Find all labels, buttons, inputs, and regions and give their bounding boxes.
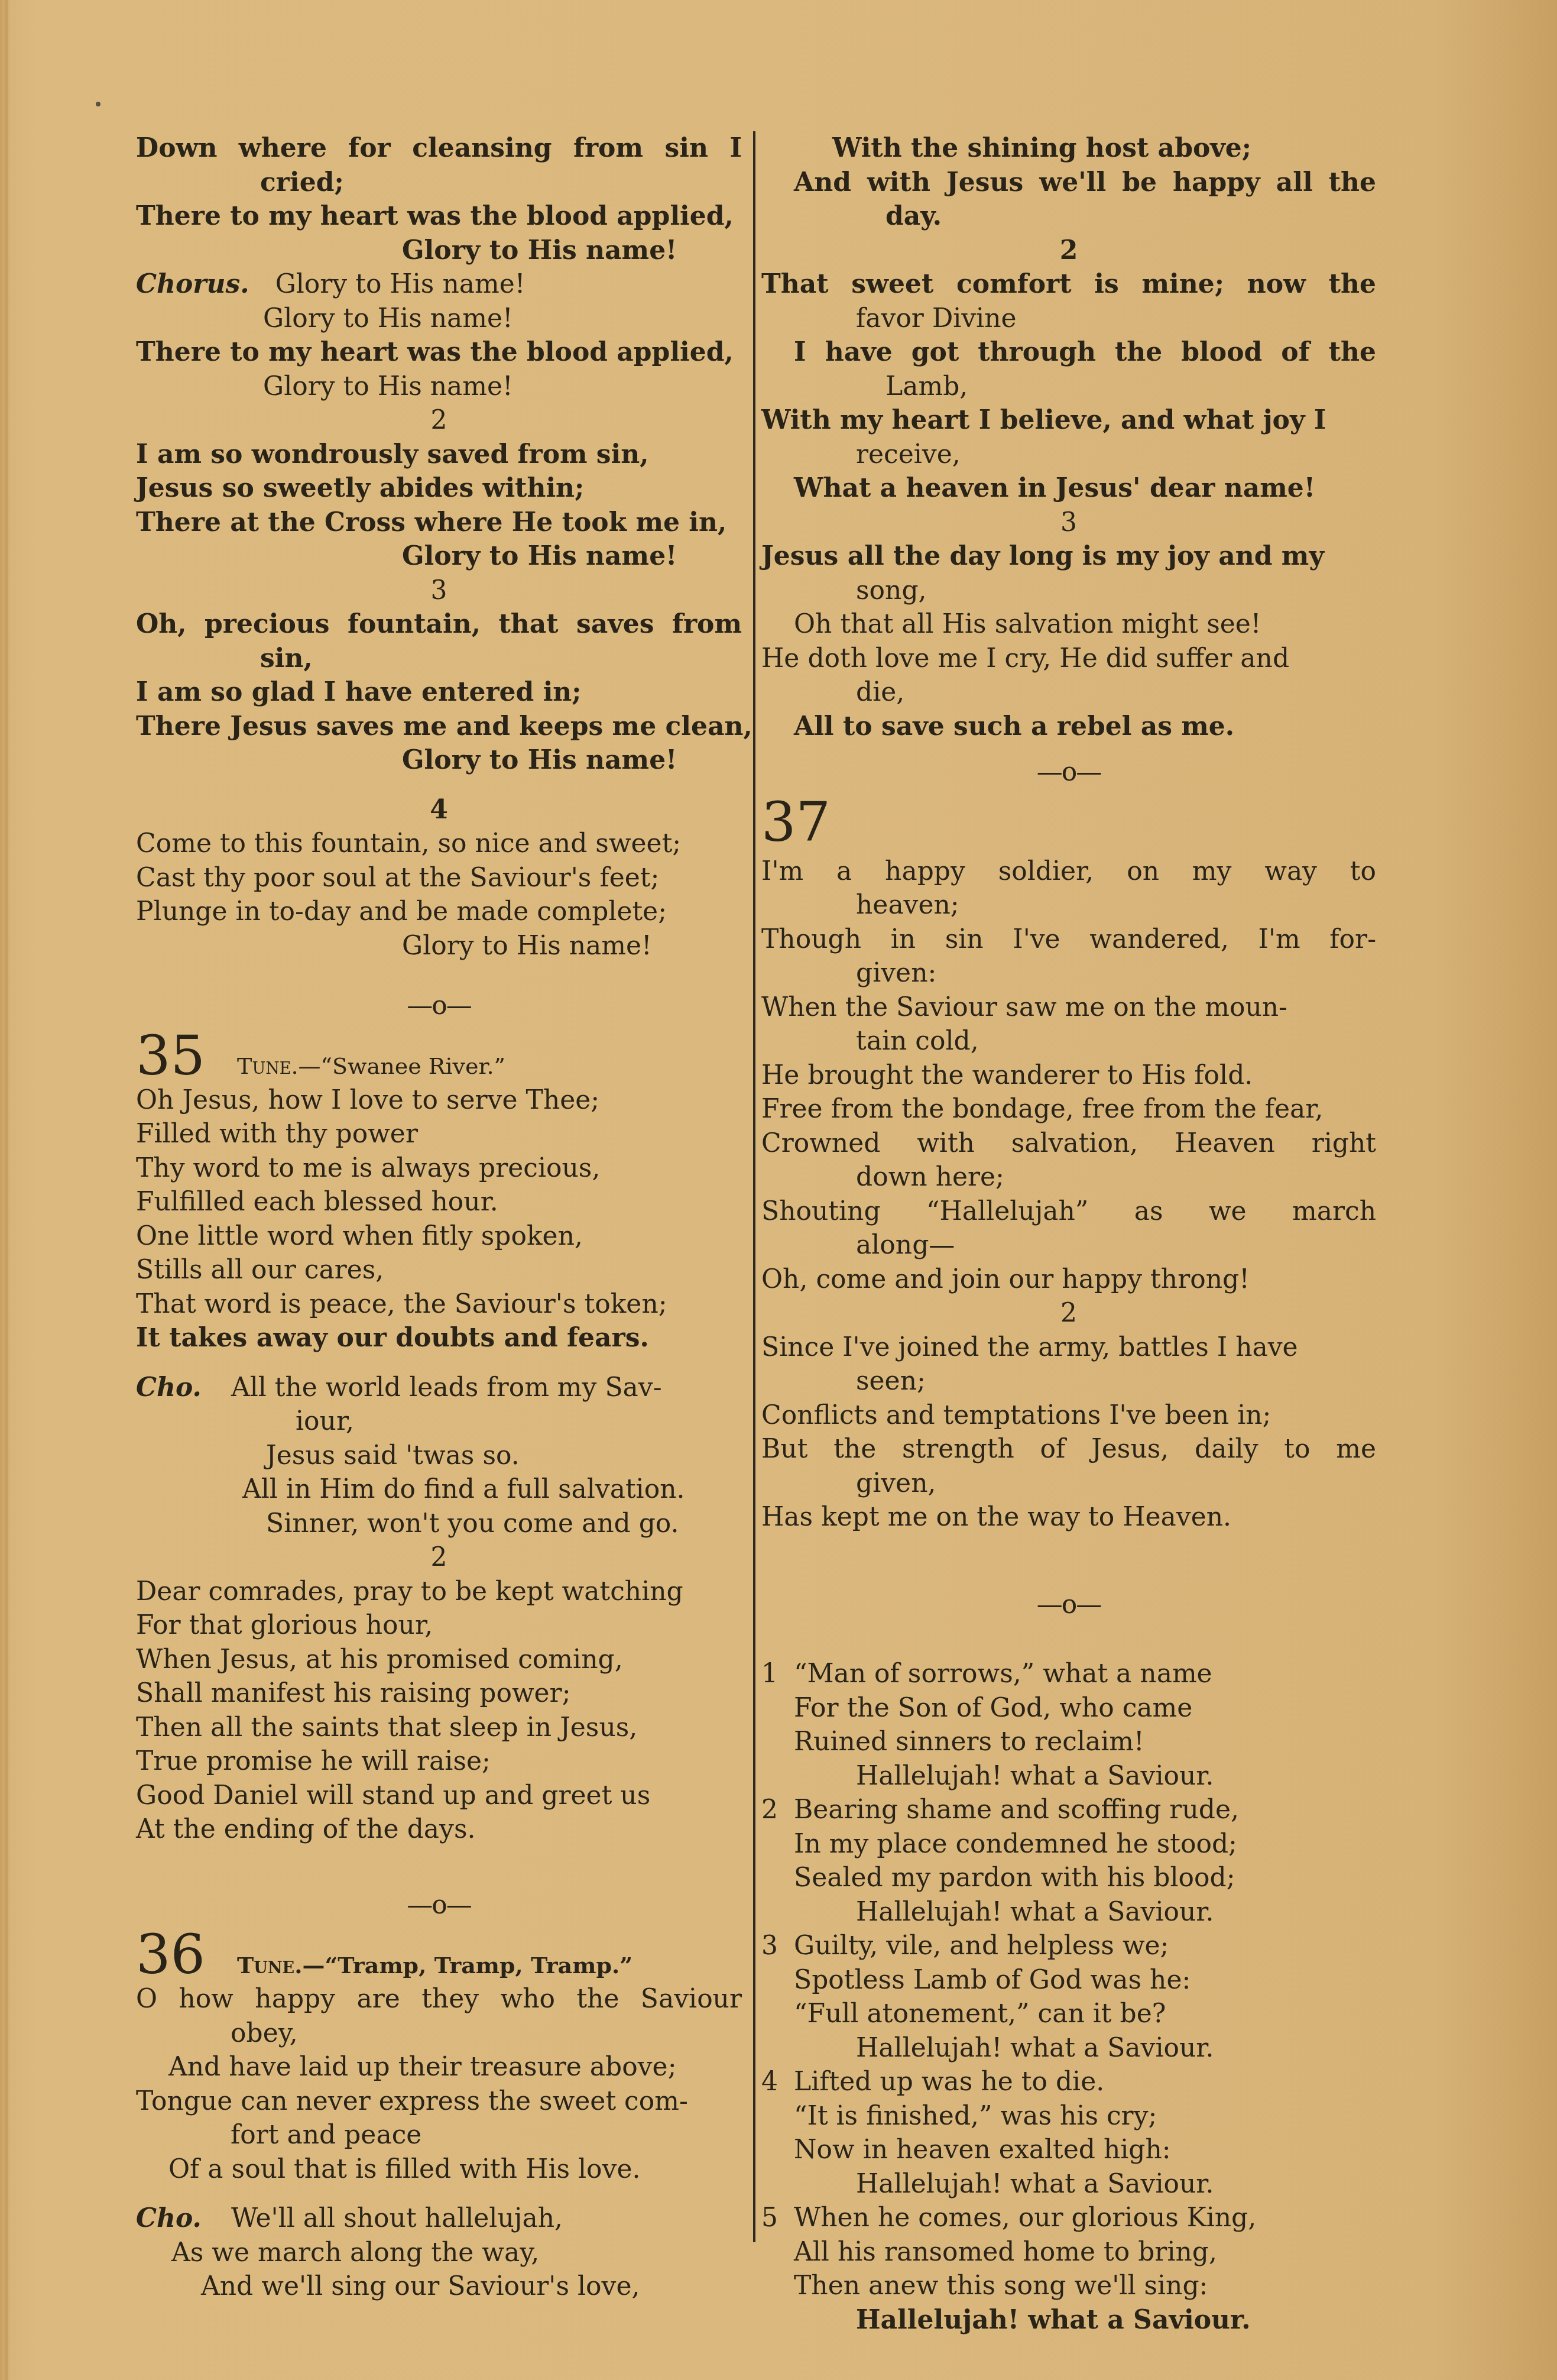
- verse-number: 2: [761, 1793, 794, 1827]
- lyric-line: Spotless Lamb of God was he:: [761, 1963, 1323, 1997]
- lyric-line: We'll all shout hallelujah,: [210, 2203, 563, 2233]
- hymn-man-of-sorrows: 1“Man of sorrows,” what a name For the S…: [761, 1657, 1323, 2337]
- column-divider-top: [753, 131, 755, 995]
- verse-number: 2: [761, 234, 1376, 268]
- hymn-35: 35 Tune.—“Swanee River.” Oh Jesus, how I…: [136, 1029, 742, 1847]
- refrain-line: Hallelujah! what a Saviour.: [761, 2031, 1323, 2065]
- lyric-line: “Full atonement,” can it be?: [761, 1997, 1323, 2031]
- lyric-line: As we march along the way,: [136, 2236, 742, 2270]
- lyric-line: down here;: [761, 1160, 1376, 1194]
- lyric-line: Glory to His name!: [136, 370, 742, 404]
- lyric-line: Glory to His name!: [136, 234, 742, 268]
- lyric-line: Dear comrades, pray to be kept watching: [136, 1575, 742, 1609]
- lyric-line: seen;: [761, 1364, 1376, 1398]
- lyric-line: Glory to His name!: [136, 743, 742, 778]
- lyric-line: “Man of sorrows,” what a name: [794, 1659, 1212, 1689]
- lyric-line: I am so glad I have entered in;: [136, 675, 742, 710]
- lyric-line: song,: [761, 574, 1376, 608]
- lyric-line: Plunge in to-day and be made complete;: [136, 895, 742, 929]
- lyric-line: obey,: [136, 2016, 742, 2051]
- verse-3: 3Guilty, vile, and helpless we; Spotless…: [761, 1929, 1323, 2065]
- lyric-line: Oh, precious fountain, that saves from: [136, 607, 742, 642]
- lyric-line: Cast thy poor soul at the Saviour's feet…: [136, 861, 742, 895]
- lyric-line: For the Son of God, who came: [761, 1691, 1323, 1725]
- lyric-line: sin,: [136, 642, 742, 676]
- lyric-line: All the world leads from my Sav-: [210, 1372, 662, 1403]
- verse-number: 5: [761, 2201, 794, 2235]
- lyric-line: I have got through the blood of the: [761, 335, 1376, 370]
- verse-number: 2: [761, 1296, 1376, 1330]
- lyric-line: Oh that all His salvation might see!: [761, 607, 1376, 642]
- section-separator: —o—: [761, 1588, 1376, 1622]
- ink-speck: [96, 102, 100, 106]
- lyric-line: Though in sin I've wandered, I'm for-: [761, 922, 1376, 957]
- lyric-line: Of a soul that is filled with His love.: [136, 2152, 742, 2187]
- lyric-line: Come to this fountain, so nice and sweet…: [136, 827, 742, 861]
- lyric-line: Has kept me on the way to Heaven.: [761, 1500, 1376, 1534]
- lyric-line: One little word when fitly spoken,: [136, 1219, 742, 1254]
- tune-heading: Tune.—“Tramp, Tramp, Tramp.”: [237, 1952, 632, 1979]
- lyric-line: When he comes, our glorious King,: [794, 2203, 1256, 2233]
- lyric-line: Then all the saints that sleep in Jesus,: [136, 1711, 742, 1745]
- verse-5: 5When he comes, our glorious King, All h…: [761, 2201, 1323, 2337]
- lyric-line: There to my heart was the blood applied,: [136, 335, 742, 370]
- lyric-line: Good Daniel will stand up and greet us: [136, 1779, 742, 1813]
- lyric-line: I'm a happy soldier, on my way to: [761, 854, 1376, 889]
- hymn-number: 35: [136, 1029, 205, 1083]
- section-separator: —o—: [136, 1888, 742, 1922]
- lyric-line: In my place condemned he stood;: [761, 1827, 1323, 1861]
- lyric-line: O how happy are they who the Saviour: [136, 1982, 742, 2016]
- verse-2: 2Bearing shame and scoffing rude, In my …: [761, 1793, 1323, 1929]
- lyric-line: cried;: [136, 166, 742, 200]
- lyric-line: iour,: [136, 1404, 742, 1439]
- lyric-line: Ruined sinners to reclaim!: [761, 1725, 1323, 1759]
- lyric-line: heaven;: [761, 888, 1376, 922]
- lyric-line: along—: [761, 1228, 1376, 1262]
- tune-name: —“Swanee River.”: [299, 1053, 505, 1079]
- hymn-37: 37 I'm a happy soldier, on my way to hea…: [761, 795, 1376, 1534]
- lyric-line: Sinner, won't you come and go.: [136, 1507, 742, 1541]
- lyric-line: There to my heart was the blood applied,: [136, 199, 742, 234]
- lyric-line: Glory to His name!: [136, 302, 742, 336]
- lyric-line: Glory to His name!: [136, 929, 742, 963]
- verse-number: 2: [136, 403, 742, 438]
- hymnal-page: Down where for cleansing from sin I crie…: [0, 0, 1557, 2380]
- verse-number: 1: [761, 1657, 794, 1691]
- hymn-number: 37: [761, 795, 831, 850]
- tune-name: —“Tramp, Tramp, Tramp.”: [302, 1952, 632, 1979]
- lyric-line: That sweet comfort is mine; now the: [761, 267, 1376, 302]
- lyric-line: All his ransomed home to bring,: [761, 2235, 1323, 2269]
- lyric-line: All to save such a rebel as me.: [761, 710, 1376, 744]
- lyric-line: Lifted up was he to die.: [794, 2067, 1104, 2097]
- column-divider-bottom: [753, 953, 755, 2242]
- lyric-line: But the strength of Jesus, daily to me: [761, 1432, 1376, 1466]
- verse-number: 4: [136, 793, 742, 827]
- verse-number: 4: [761, 2065, 794, 2099]
- lyric-line: All in Him do find a full salvation.: [136, 1472, 742, 1507]
- lyric-line: At the ending of the days.: [136, 1812, 742, 1847]
- lyric-line: Stills all our cares,: [136, 1253, 742, 1287]
- lyric-line: tain cold,: [761, 1024, 1376, 1058]
- chorus-label: Chorus.: [136, 269, 249, 299]
- lyric-line: When Jesus, at his promised coming,: [136, 1643, 742, 1677]
- lyric-line: It takes away our doubts and fears.: [136, 1321, 742, 1355]
- lyric-line: favor Divine: [761, 302, 1376, 336]
- lyric-line: Conflicts and temptations I've been in;: [761, 1398, 1376, 1433]
- lyric-line: fort and peace: [136, 2118, 742, 2152]
- refrain-line: Hallelujah! what a Saviour.: [761, 2167, 1323, 2201]
- lyric-line: True promise he will raise;: [136, 1744, 742, 1779]
- lyric-line: Shouting “Hallelujah” as we march: [761, 1194, 1376, 1229]
- verse-number: 3: [136, 574, 742, 608]
- lyric-line: Then anew this song we'll sing:: [761, 2269, 1323, 2303]
- lyric-line: Oh, come and join our happy throng!: [761, 1262, 1376, 1297]
- lyric-line: Oh Jesus, how I love to serve Thee;: [136, 1083, 742, 1118]
- tune-label: Tune.: [237, 1053, 299, 1079]
- tune-label: Tune.: [237, 1952, 302, 1979]
- lyric-line: Down where for cleansing from sin I: [136, 131, 742, 166]
- lyric-line: That word is peace, the Saviour's token;: [136, 1287, 742, 1322]
- lyric-line: “It is finished,” was his cry;: [761, 2099, 1323, 2133]
- verse-number: 2: [136, 1540, 742, 1575]
- chorus-label: Cho.: [136, 1372, 202, 1403]
- lyric-line: Guilty, vile, and helpless we;: [794, 1931, 1169, 1961]
- lyric-line: With the shining host above;: [761, 131, 1376, 166]
- hymn-36-continuation: With the shining host above; And with Je…: [761, 131, 1376, 743]
- lyric-line: given:: [761, 956, 1376, 990]
- lyric-line: Jesus all the day long is my joy and my: [761, 539, 1376, 574]
- lyric-line: Glory to His name!: [258, 269, 526, 299]
- lyric-line: With my heart I believe, and what joy I: [761, 403, 1376, 438]
- refrain-line: Hallelujah! what a Saviour.: [761, 2303, 1323, 2337]
- lyric-line: And we'll sing our Saviour's love,: [136, 2269, 742, 2304]
- lyric-line: Crowned with salvation, Heaven right: [761, 1126, 1376, 1161]
- lyric-line: Shall manifest his raising power;: [136, 1676, 742, 1711]
- lyric-line: I am so wondrously saved from sin,: [136, 438, 742, 472]
- lyric-line: Lamb,: [761, 370, 1376, 404]
- right-column: With the shining host above; And with Je…: [761, 131, 1376, 2337]
- lyric-line: Fulfilled each blessed hour.: [136, 1185, 742, 1219]
- lyric-line: What a heaven in Jesus' dear name!: [761, 471, 1376, 506]
- verse-4: 4Lifted up was he to die. “It is finishe…: [761, 2065, 1323, 2201]
- hymn-36: 36 Tune.—“Tramp, Tramp, Tramp.” O how ha…: [136, 1928, 742, 2304]
- lyric-line: Jesus so sweetly abides within;: [136, 471, 742, 506]
- lyric-line: And have laid up their treasure above;: [136, 2050, 742, 2084]
- lyric-line: There at the Cross where He took me in,: [136, 506, 742, 540]
- lyric-line: He doth love me I cry, He did suffer and: [761, 642, 1376, 676]
- verse-number: 3: [761, 1929, 794, 1963]
- lyric-line: die,: [761, 675, 1376, 710]
- lyric-line: He brought the wanderer to His fold.: [761, 1058, 1376, 1093]
- lyric-line: There Jesus saves me and keeps me clean,: [136, 710, 742, 744]
- hymn-34-continuation: Down where for cleansing from sin I crie…: [136, 131, 742, 963]
- lyric-line: Glory to His name!: [136, 539, 742, 574]
- lyric-line: Filled with thy power: [136, 1117, 742, 1151]
- lyric-line: And with Jesus we'll be happy all the: [761, 166, 1376, 200]
- tune-heading: Tune.—“Swanee River.”: [237, 1053, 505, 1079]
- lyric-line: Free from the bondage, free from the fea…: [761, 1092, 1376, 1126]
- lyric-line: Jesus said 'twas so.: [136, 1439, 742, 1473]
- refrain-line: Hallelujah! what a Saviour.: [761, 1895, 1323, 1929]
- chorus-label: Cho.: [136, 2203, 202, 2233]
- hymn-number: 36: [136, 1928, 205, 1982]
- section-separator: —o—: [761, 755, 1376, 789]
- lyric-line: given,: [761, 1466, 1376, 1501]
- verse-number: 3: [761, 506, 1376, 540]
- lyric-line: day.: [761, 199, 1376, 234]
- refrain-line: Hallelujah! what a Saviour.: [761, 1759, 1323, 1793]
- lyric-line: When the Saviour saw me on the moun-: [761, 990, 1376, 1025]
- lyric-line: Bearing shame and scoffing rude,: [794, 1795, 1239, 1825]
- lyric-line: Now in heaven exalted high:: [761, 2133, 1323, 2167]
- lyric-line: Tongue can never express the sweet com-: [136, 2084, 742, 2119]
- lyric-line: Thy word to me is always precious,: [136, 1151, 742, 1186]
- lyric-line: receive,: [761, 438, 1376, 472]
- section-separator: —o—: [136, 989, 742, 1023]
- lyric-line: Since I've joined the army, battles I ha…: [761, 1330, 1376, 1365]
- verse-1: 1“Man of sorrows,” what a name For the S…: [761, 1657, 1323, 1793]
- left-column: Down where for cleansing from sin I crie…: [136, 131, 742, 2304]
- lyric-line: For that glorious hour,: [136, 1608, 742, 1643]
- lyric-line: Sealed my pardon with his blood;: [761, 1861, 1323, 1895]
